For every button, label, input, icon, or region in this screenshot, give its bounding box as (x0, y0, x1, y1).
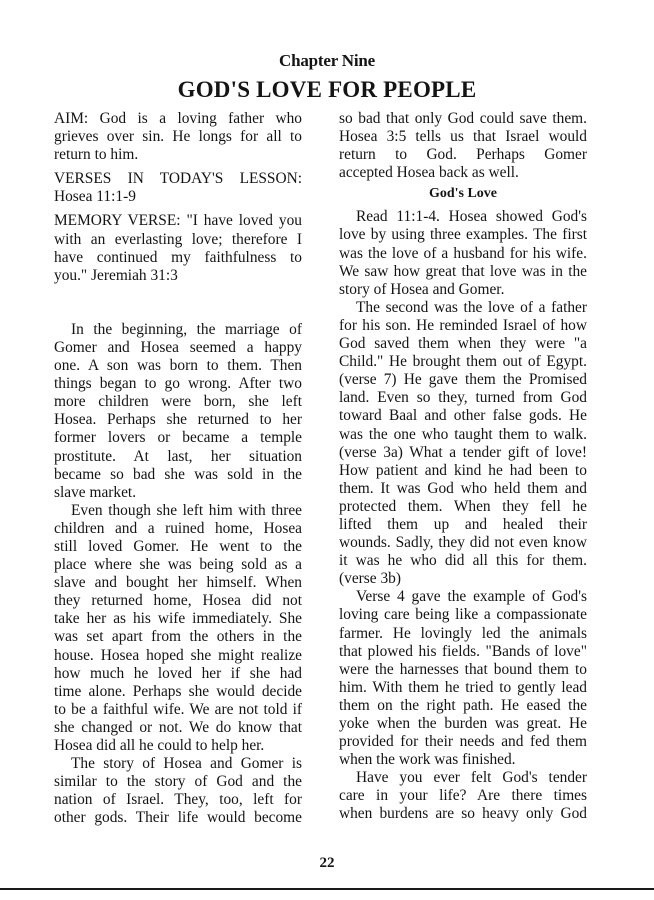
paragraph-continued: so bad that only God could save them. Ho… (339, 110, 587, 182)
text-line: (verse 3b) (339, 570, 587, 588)
text-line: return to him. (54, 146, 302, 164)
text-line: slave market. (54, 484, 302, 502)
text-line: one. A son was born to them. Then (54, 357, 302, 375)
text-line: MEMORY VERSE: "I have loved you (54, 212, 302, 230)
paragraph-5: The second was the love of a father for … (339, 299, 587, 589)
text-line: became so bad she was sold in the (54, 466, 302, 484)
text-line: God saved them when they were "a (339, 335, 587, 353)
text-line: toward Baal and other false gods. He (339, 407, 587, 425)
text-line: wounds. Sadly, they did not even know (339, 534, 587, 552)
text-line: The story of Hosea and Gomer is (54, 755, 302, 773)
text-line: children and a ruined home, Hosea (54, 520, 302, 538)
text-line: (verse 7) He gave them the Promised (339, 371, 587, 389)
text-line: story of Hosea and Gomer. (339, 281, 587, 299)
memory-verse-block: MEMORY VERSE: "I have loved you with an … (54, 212, 302, 284)
text-line: loving care being like a compassionate (339, 606, 587, 624)
text-line: still loved Gomer. He went to the (54, 538, 302, 556)
text-line: Hosea did all he could to help her. (54, 737, 302, 755)
text-line: Child." He brought them out of Egypt. (339, 353, 587, 371)
paragraph-3: The story of Hosea and Gomer is similar … (54, 755, 302, 827)
text-line: they returned home, Hosea did not (54, 592, 302, 610)
text-line: farmer. He lovingly led the animals (339, 625, 587, 643)
text-line: Hosea 11:1-9 (54, 188, 302, 206)
section-heading: God's Love (339, 185, 587, 203)
text-line: it was he who did all this for them. (339, 552, 587, 570)
text-line: to be a faithful wife. We are not told i… (54, 701, 302, 719)
text-line: grieves over sin. He longs for all to (54, 128, 302, 146)
text-line: place where she was being sold as a (54, 556, 302, 574)
text-line: accepted Hosea back as well. (339, 164, 587, 182)
text-line: things began to go wrong. After two (54, 375, 302, 393)
text-line: was set apart from the others in the (54, 628, 302, 646)
text-line: was the one who taught them to walk. (339, 426, 587, 444)
paragraph-2: Even though she left him with three chil… (54, 502, 302, 755)
text-line: former lovers or became a temple (54, 429, 302, 447)
text-line: them. It was God who held them and (339, 480, 587, 498)
text-line: In the beginning, the marriage of (54, 321, 302, 339)
text-line: slave and bought her himself. When (54, 574, 302, 592)
verses-block: VERSES IN TODAY'S LESSON: Hosea 11:1-9 (54, 170, 302, 206)
text-line: take her as his wife immediately. She (54, 610, 302, 628)
left-column: AIM: God is a loving father who grieves … (54, 110, 302, 827)
text-line: land. Even so they, turned from God (339, 389, 587, 407)
text-line: that plowed his fields. "Bands of love" (339, 643, 587, 661)
text-line: when the work was finished. (339, 751, 587, 769)
text-line: Have you ever felt God's tender (339, 769, 587, 787)
text-line: Gomer and Hosea seemed a happy (54, 339, 302, 357)
text-line: so bad that only God could save them. (339, 110, 587, 128)
text-line: How patient and kind he had been to (339, 462, 587, 480)
text-line: nation of Israel. They, too, left for (54, 791, 302, 809)
text-line: when burdens are so heavy only God (339, 805, 587, 823)
text-line: provided for their needs and fed them (339, 733, 587, 751)
text-line: them on the right path. He eased the (339, 697, 587, 715)
paragraph-1: In the beginning, the marriage of Gomer … (54, 321, 302, 502)
text-line: for his son. He reminded Israel of how (339, 317, 587, 335)
text-line: time alone. Perhaps she would decide (54, 683, 302, 701)
text-line: more children were born, she left (54, 393, 302, 411)
right-column: so bad that only God could save them. Ho… (339, 110, 587, 824)
paragraph-7: Have you ever felt God's tender care in … (339, 769, 587, 823)
text-line: Even though she left him with three (54, 502, 302, 520)
text-line: prostitute. At last, her situation (54, 448, 302, 466)
paragraph-4: Read 11:1-4. Hosea showed God's love by … (339, 208, 587, 298)
text-line: AIM: God is a loving father who (54, 110, 302, 128)
text-line: Hosea. Perhaps she returned to her (54, 411, 302, 429)
chapter-label: Chapter Nine (0, 51, 654, 71)
text-line: Verse 4 gave the example of God's (339, 588, 587, 606)
text-line: protected them. When they fell he (339, 498, 587, 516)
aim-block: AIM: God is a loving father who grieves … (54, 110, 302, 164)
text-line: love by using three examples. The first (339, 226, 587, 244)
text-line: lifted them up and healed their (339, 516, 587, 534)
paragraph-6: Verse 4 gave the example of God's loving… (339, 588, 587, 769)
text-line: were the harnesses that bound them to (339, 661, 587, 679)
text-line: (verse 3a) What a tender gift of love! (339, 444, 587, 462)
text-line: care in your life? Are there times (339, 787, 587, 805)
text-line: with an everlasting love; therefore I (54, 231, 302, 249)
text-line: you." Jeremiah 31:3 (54, 267, 302, 285)
page-title: GOD'S LOVE FOR PEOPLE (0, 77, 654, 103)
text-line: The second was the love of a father (339, 299, 587, 317)
text-line: Read 11:1-4. Hosea showed God's (339, 208, 587, 226)
text-line: house. Hosea hoped she might realize (54, 647, 302, 665)
text-line: VERSES IN TODAY'S LESSON: (54, 170, 302, 188)
text-line: return to God. Perhaps Gomer (339, 146, 587, 164)
text-line: have continued my faithfulness to (54, 249, 302, 267)
bottom-rule (0, 888, 654, 890)
page-number: 22 (0, 855, 654, 872)
text-line: similar to the story of God and the (54, 773, 302, 791)
text-line: she changed or not. We do know that (54, 719, 302, 737)
text-line: was the love of a husband for his wife. (339, 245, 587, 263)
text-line: him. With them he tried to gently lead (339, 679, 587, 697)
text-line: Hosea 3:5 tells us that Israel would (339, 128, 587, 146)
text-line: yoke when the burden was great. He (339, 715, 587, 733)
text-line: other gods. Their life would become (54, 809, 302, 827)
text-line: how much he loved her if she had (54, 665, 302, 683)
text-line: We saw how great that love was in the (339, 263, 587, 281)
